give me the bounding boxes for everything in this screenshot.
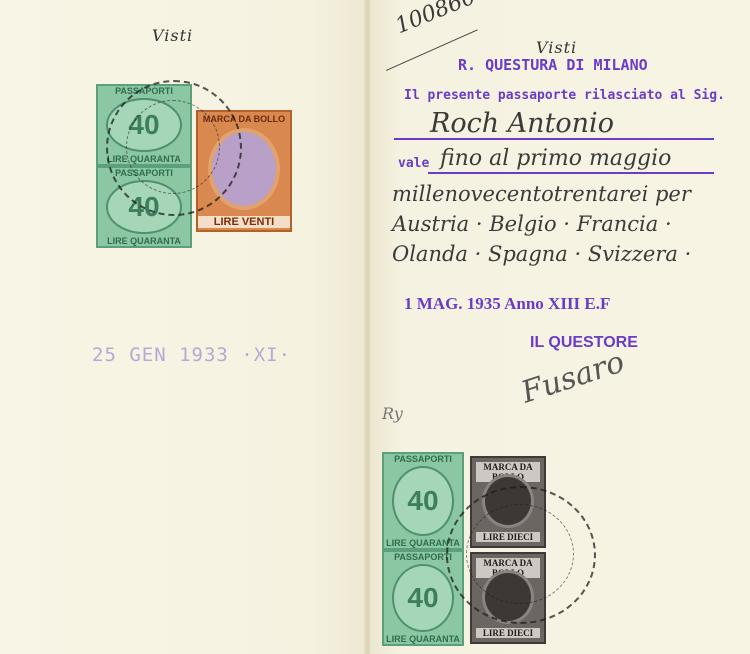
valid-line-3: Austria · Belgio · Francia ·: [392, 212, 672, 236]
left-visti-heading: Visti: [152, 26, 193, 45]
questore-signature: Fusaro: [517, 345, 628, 411]
right-page: 100860 Visti R. QUESTURA DI MILANO Il pr…: [370, 0, 750, 654]
initials: Ry: [382, 404, 403, 423]
issued-line-stamp: Il presente passaporte rilasciato al Sig…: [404, 88, 725, 103]
il-questore-stamp: IL QUESTORE: [530, 334, 638, 352]
vale-label: vale: [398, 156, 429, 171]
questura-milano-stamp: R. QUESTURA DI MILANO: [458, 56, 648, 74]
valid-line-4: Olanda · Spagna · Svizzera ·: [392, 242, 691, 266]
right-visti-heading: Visti: [536, 38, 577, 57]
valid-line-2: millenovecentotrentarei per: [392, 182, 691, 206]
issue-date-stamp: 1 MAG. 1935 Anno XIII E.F: [404, 294, 610, 314]
holder-name: Roch Antonio: [430, 108, 614, 139]
left-date-stamp: 25 GEN 1933 ·XI·: [92, 344, 291, 366]
questura-cancel-postmark-inner: [466, 504, 574, 604]
valid-line-1: fino al primo maggio: [440, 146, 671, 171]
valid-underline: [428, 172, 714, 174]
questura-cancel-postmark-inner: [126, 100, 220, 194]
left-page: Visti PASSAPORTI 40 LIRE QUARANTA PASSAP…: [0, 0, 366, 654]
name-underline: [394, 138, 714, 140]
